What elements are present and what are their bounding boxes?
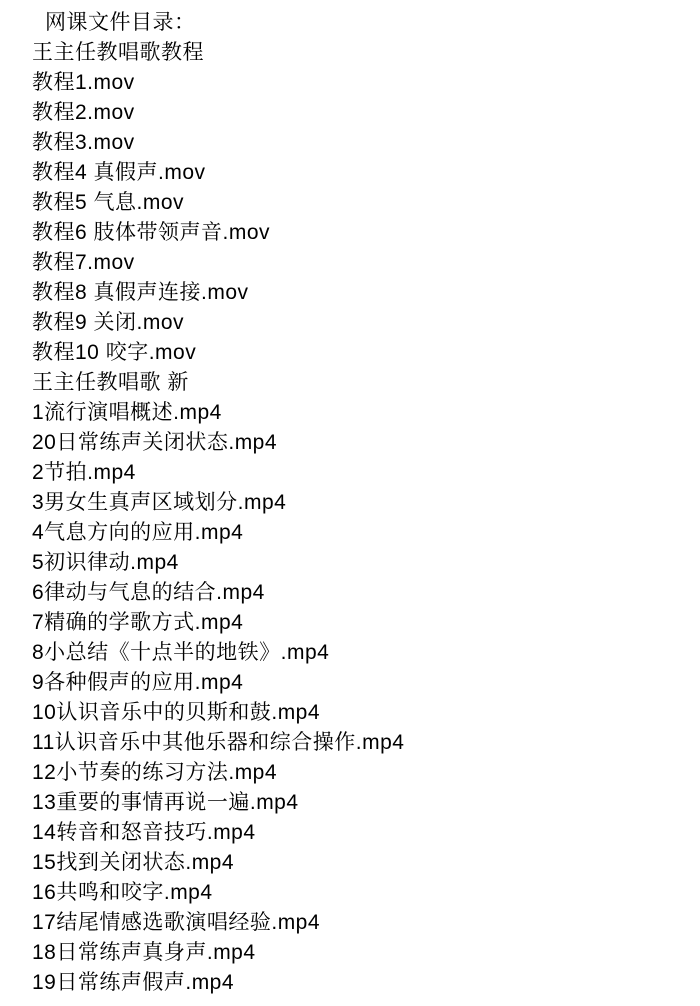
file-list-item: 6律动与气息的结合.mp4	[32, 578, 700, 608]
file-list-item: 教程5 气息.mov	[32, 188, 700, 218]
file-list-item: 15找到关闭状态.mp4	[32, 848, 700, 878]
file-list-item: 1流行演唱概述.mp4	[32, 398, 700, 428]
file-list-item: 4气息方向的应用.mp4	[32, 518, 700, 548]
file-list-item: 教程10 咬字.mov	[32, 338, 700, 368]
file-list-item: 18日常练声真身声.mp4	[32, 938, 700, 968]
file-list-item: 7精确的学歌方式.mp4	[32, 608, 700, 638]
file-list-item: 2节拍.mp4	[32, 458, 700, 488]
file-list-item: 20日常练声关闭状态.mp4	[32, 428, 700, 458]
file-list-item: 王主任教唱歌教程	[32, 38, 700, 68]
directory-title: 网课文件目录：	[32, 8, 700, 38]
file-list-item: 5初识律动.mp4	[32, 548, 700, 578]
file-list-item: 12小节奏的练习方法.mp4	[32, 758, 700, 788]
file-directory-document: 网课文件目录： 王主任教唱歌教程教程1.mov教程2.mov教程3.mov教程4…	[0, 0, 700, 998]
file-list: 王主任教唱歌教程教程1.mov教程2.mov教程3.mov教程4 真假声.mov…	[32, 38, 700, 998]
file-list-item: 8小总结《十点半的地铁》.mp4	[32, 638, 700, 668]
file-list-item: 王主任教唱歌 新	[32, 368, 700, 398]
file-list-item: 教程2.mov	[32, 98, 700, 128]
file-list-item: 19日常练声假声.mp4	[32, 968, 700, 998]
file-list-item: 教程1.mov	[32, 68, 700, 98]
file-list-item: 教程4 真假声.mov	[32, 158, 700, 188]
file-list-item: 11认识音乐中其他乐器和综合操作.mp4	[32, 728, 700, 758]
file-list-item: 17结尾情感选歌演唱经验.mp4	[32, 908, 700, 938]
file-list-item: 14转音和怒音技巧.mp4	[32, 818, 700, 848]
file-list-item: 教程6 肢体带领声音.mov	[32, 218, 700, 248]
file-list-item: 16共鸣和咬字.mp4	[32, 878, 700, 908]
file-list-item: 3男女生真声区域划分.mp4	[32, 488, 700, 518]
file-list-item: 13重要的事情再说一遍.mp4	[32, 788, 700, 818]
file-list-item: 9各种假声的应用.mp4	[32, 668, 700, 698]
file-list-item: 教程9 关闭.mov	[32, 308, 700, 338]
file-list-item: 教程7.mov	[32, 248, 700, 278]
file-list-item: 教程8 真假声连接.mov	[32, 278, 700, 308]
file-list-item: 教程3.mov	[32, 128, 700, 158]
file-list-item: 10认识音乐中的贝斯和鼓.mp4	[32, 698, 700, 728]
